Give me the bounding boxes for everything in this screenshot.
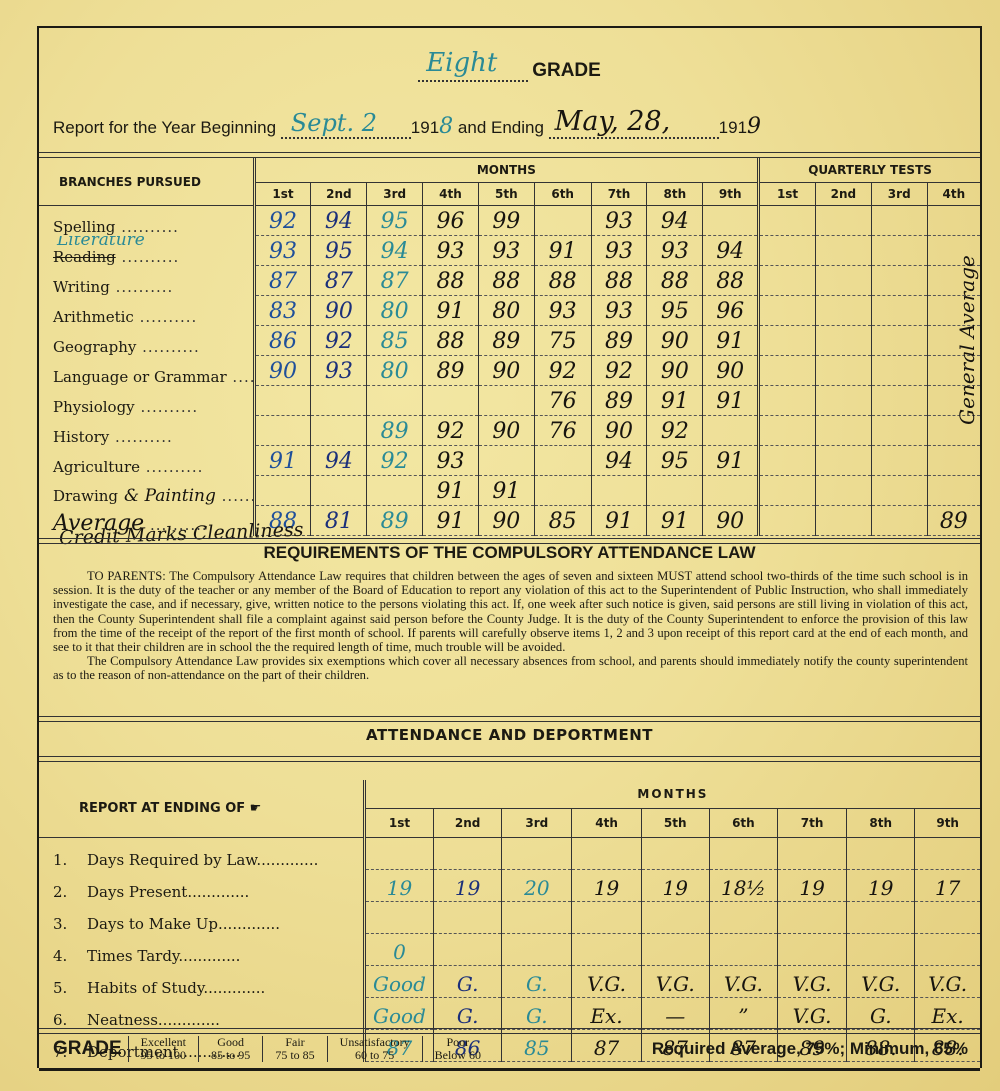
divider <box>39 756 980 762</box>
subject-label: Reading <box>53 248 116 266</box>
grade-cell: 92 <box>423 416 479 446</box>
attendance-label-cell: 6.Neatness............. <box>39 998 364 1030</box>
grade-cell: 96 <box>423 206 479 236</box>
grade-cell: 93 <box>534 296 591 326</box>
subject-label: Drawing <box>53 487 118 505</box>
grade-row: Agriculture ..........91949293949591 <box>39 446 980 476</box>
grade-cell <box>311 386 367 416</box>
attendance-cell: 19 <box>572 870 641 902</box>
leader-dots: .......... <box>134 308 197 326</box>
grade-cell: 76 <box>534 416 591 446</box>
month-column-header: 4th <box>423 183 479 206</box>
grade-scale-range: 75 to 85 <box>275 1049 314 1062</box>
report-card: EightGRADE Report for the Year Beginning… <box>37 26 982 1068</box>
attendance-label-cell: 2.Days Present............. <box>39 870 364 902</box>
month-column-header: 9th <box>915 809 980 838</box>
grade-cell: 93 <box>591 296 647 326</box>
quarter-cell <box>759 446 816 476</box>
quarter-cell <box>759 326 816 356</box>
quarter-cell <box>759 386 816 416</box>
attendance-cell <box>915 902 980 934</box>
subject-cell: Language or Grammar .......... <box>39 356 254 386</box>
grade-cell: 90 <box>647 356 703 386</box>
quarter-cell <box>871 356 927 386</box>
grade-cell <box>478 386 534 416</box>
attendance-cell <box>915 838 980 870</box>
grade-cell: 93 <box>311 356 367 386</box>
attendance-cell <box>502 934 572 966</box>
attendance-label: Habits of Study <box>87 979 203 997</box>
quarter-cell <box>815 296 871 326</box>
quarter-cell <box>815 326 871 356</box>
month-column-header: 3rd <box>502 809 572 838</box>
attendance-table: REPORT AT ENDING OF ☛ MONTHS 1st2nd3rd4t… <box>39 780 980 1062</box>
grade-cell: 90 <box>591 416 647 446</box>
quarter-cell <box>759 236 816 266</box>
subject-label: Language or Grammar <box>53 368 227 386</box>
quarter-cell <box>927 446 980 476</box>
subject-cell: Agriculture .......... <box>39 446 254 476</box>
quarter-cell <box>871 266 927 296</box>
attendance-label: Days Present <box>87 883 187 901</box>
grade-cell: 86 <box>254 326 311 356</box>
leader-dots: .......... <box>216 487 254 505</box>
grade-cell: 93 <box>647 236 703 266</box>
attendance-cell: — <box>641 998 709 1030</box>
attendance-cell <box>641 838 709 870</box>
quarter-cell: 89 <box>927 506 980 536</box>
attendance-label: Neatness <box>87 1011 158 1029</box>
grade-field: Eight <box>418 58 528 82</box>
grade-cell <box>311 416 367 446</box>
grade-scale-range: 95 to 100 <box>141 1049 186 1062</box>
month-column-header: 6th <box>709 809 777 838</box>
grade-cell: 93 <box>591 206 647 236</box>
quarter-cell <box>759 506 816 536</box>
quarter-cell <box>815 356 871 386</box>
grade-cell: 91 <box>591 506 647 536</box>
grade-cell: 91 <box>703 446 759 476</box>
grade-scale-item: Fair75 to 85 <box>262 1036 326 1062</box>
grade-cell: 91 <box>478 476 534 506</box>
quarter-column-header: 3rd <box>871 183 927 206</box>
grade-row: Geography ..........869285888975899091 <box>39 326 980 356</box>
grade-cell: 92 <box>647 416 703 446</box>
law-paragraph-2: The Compulsory Attendance Law provides s… <box>53 654 968 682</box>
grades-table: BRANCHES PURSUED MONTHS QUARTERLY TESTS … <box>39 158 980 536</box>
leader-dots: .......... <box>135 398 198 416</box>
grade-cell: 91 <box>647 506 703 536</box>
attendance-cell: 19 <box>847 870 915 902</box>
month-column-header: 1st <box>364 809 433 838</box>
grade-cell: 80 <box>367 296 423 326</box>
row-number: 5. <box>53 979 87 997</box>
grade-cell: 88 <box>478 266 534 296</box>
law-paragraph-1: TO PARENTS: The Compulsory Attendance La… <box>53 569 968 654</box>
row-number: 1. <box>53 851 87 869</box>
attendance-cell: 19 <box>777 870 846 902</box>
subject-label: Spelling <box>53 218 115 236</box>
grade-cell: 76 <box>534 386 591 416</box>
attendance-cell: V.G. <box>709 966 777 998</box>
grade-cell: 88 <box>703 266 759 296</box>
grade-cell <box>423 386 479 416</box>
grade-cell: 88 <box>534 266 591 296</box>
quarter-cell <box>815 236 871 266</box>
grade-row: Spelling ..........92949596999394 <box>39 206 980 236</box>
month-column-header: 9th <box>703 183 759 206</box>
grade-cell <box>591 476 647 506</box>
quarter-cell <box>815 386 871 416</box>
subject-annotation: & Painting <box>124 486 216 506</box>
year-prefix: Report for the Year Beginning <box>53 118 276 137</box>
grade-cell: 95 <box>647 296 703 326</box>
grade-cell: 89 <box>478 326 534 356</box>
grade-cell: 85 <box>534 506 591 536</box>
grade-cell: 94 <box>311 446 367 476</box>
attendance-row: 2.Days Present.............191920191918½… <box>39 870 980 902</box>
grade-row: Language or Grammar ..........9093808990… <box>39 356 980 386</box>
quarter-cell <box>759 476 816 506</box>
grade-cell: 93 <box>591 236 647 266</box>
attendance-label: Days Required by Law <box>87 851 256 869</box>
grade-cell: 91 <box>423 476 479 506</box>
grade-cell: 90 <box>703 506 759 536</box>
attendance-cell <box>709 934 777 966</box>
attendance-cell: Ex. <box>572 998 641 1030</box>
grade-cell: 90 <box>647 326 703 356</box>
quarter-cell <box>815 266 871 296</box>
grade-cell: 99 <box>478 206 534 236</box>
end-date: May, 28, <box>555 106 671 137</box>
attendance-row: 1.Days Required by Law............. <box>39 838 980 870</box>
subject-cell: Spelling .......... <box>39 206 254 236</box>
grade-cell <box>478 446 534 476</box>
attendance-label-cell: 4.Times Tardy............. <box>39 934 364 966</box>
month-column-header: 6th <box>534 183 591 206</box>
quarter-cell <box>759 206 816 236</box>
grade-legend: GRADE Excellent95 to 100Good85 to 95Fair… <box>53 1032 968 1066</box>
quarter-cell <box>871 416 927 446</box>
subject-label: Agriculture <box>53 458 140 476</box>
grade-cell <box>367 386 423 416</box>
month-column-header: 5th <box>478 183 534 206</box>
month-column-header: 1st <box>254 183 311 206</box>
grade-cell <box>647 476 703 506</box>
grade-cell: 92 <box>367 446 423 476</box>
quarter-cell <box>927 476 980 506</box>
attendance-row: 3.Days to Make Up............. <box>39 902 980 934</box>
grade-cell: 94 <box>647 206 703 236</box>
quarter-cell <box>815 476 871 506</box>
grade-scale-item: Unsatisfactory60 to 75 <box>327 1036 422 1062</box>
attendance-cell <box>847 934 915 966</box>
attendance-cell <box>364 902 433 934</box>
grade-cell: 95 <box>367 206 423 236</box>
quarter-cell <box>871 296 927 326</box>
grade-cell: 91 <box>254 446 311 476</box>
attendance-cell <box>847 902 915 934</box>
month-column-header: 8th <box>647 183 703 206</box>
attendance-label-cell: 5.Habits of Study............. <box>39 966 364 998</box>
grade-cell: 93 <box>423 236 479 266</box>
month-column-header: 2nd <box>434 809 502 838</box>
grade-row: Physiology ..........76899191 <box>39 386 980 416</box>
attendance-cell: 18½ <box>709 870 777 902</box>
and-ending: and Ending <box>458 118 544 137</box>
leader-dots: .......... <box>110 278 173 296</box>
grade-cell: 91 <box>703 386 759 416</box>
law-text: TO PARENTS: The Compulsory Attendance La… <box>53 569 968 683</box>
attendance-row: 4.Times Tardy.............0 <box>39 934 980 966</box>
subject-label: History <box>53 428 109 446</box>
grade-cell: 90 <box>311 296 367 326</box>
grade-scale-range: Below 60 <box>435 1049 481 1062</box>
month-column-header: 4th <box>572 809 641 838</box>
grade-cell: 92 <box>534 356 591 386</box>
attendance-cell: 19 <box>641 870 709 902</box>
grade-cell: 87 <box>254 266 311 296</box>
grade-cell: 88 <box>423 266 479 296</box>
grade-scale-range: 85 to 95 <box>211 1049 250 1062</box>
attendance-cell: ” <box>709 998 777 1030</box>
month-column-header: 5th <box>641 809 709 838</box>
attendance-cell: 19 <box>364 870 433 902</box>
grade-cell <box>703 476 759 506</box>
attendance-cell <box>777 934 846 966</box>
grade-cell: 92 <box>254 206 311 236</box>
attendance-label: Times Tardy <box>87 947 178 965</box>
quarter-cell <box>815 206 871 236</box>
attendance-cell: Good <box>364 966 433 998</box>
leader-dots: .......... <box>140 458 203 476</box>
grade-row: Writing ..........878787888888888888 <box>39 266 980 296</box>
grade-cell: 91 <box>534 236 591 266</box>
subject-label: Arithmetic <box>53 308 134 326</box>
attendance-cell <box>434 902 502 934</box>
quarter-column-header: 1st <box>759 183 816 206</box>
attendance-cell: Ex. <box>915 998 980 1030</box>
grade-cell <box>534 206 591 236</box>
subject-cell: Geography .......... <box>39 326 254 356</box>
grade-row: Drawing& Painting ..........9191 <box>39 476 980 506</box>
attendance-cell: V.G. <box>915 966 980 998</box>
attendance-cell: 19 <box>434 870 502 902</box>
divider <box>39 716 980 722</box>
begin-year-printed: 191 <box>411 118 439 137</box>
attendance-cell <box>641 902 709 934</box>
quarter-cell <box>759 416 816 446</box>
grade-cell <box>703 416 759 446</box>
grade-cell: 96 <box>703 296 759 326</box>
report-ending-header: REPORT AT ENDING OF ☛ <box>39 780 364 838</box>
leader-dots: .......... <box>109 428 172 446</box>
attendance-cell: G. <box>502 998 572 1030</box>
quarter-cell <box>815 506 871 536</box>
quarter-cell <box>815 446 871 476</box>
leader-dots: ............. <box>158 1011 220 1029</box>
attendance-row: 6.Neatness.............GoodG.G.Ex.—”V.G.… <box>39 998 980 1030</box>
attendance-cell: G. <box>434 966 502 998</box>
leader-dots: .......... <box>136 338 199 356</box>
grade-cell: 94 <box>367 236 423 266</box>
grade-cell: 91 <box>423 506 479 536</box>
grade-legend-label: GRADE <box>53 1038 122 1060</box>
attendance-label-cell: 1.Days Required by Law............. <box>39 838 364 870</box>
general-average-note: General Average <box>955 230 979 450</box>
grade-scale-range: 60 to 75 <box>340 1049 410 1062</box>
grade-row: ReadingLiterature ..........939594939391… <box>39 236 980 266</box>
grade-cell: 94 <box>591 446 647 476</box>
month-column-header: 8th <box>847 809 915 838</box>
attendance-cell: V.G. <box>847 966 915 998</box>
grade-cell: 91 <box>423 296 479 326</box>
subject-cell: History .......... <box>39 416 254 446</box>
attendance-cell: 20 <box>502 870 572 902</box>
grade-cell: 94 <box>311 206 367 236</box>
leader-dots: ............. <box>256 851 318 869</box>
grade-cell: 93 <box>423 446 479 476</box>
grade-cell: 89 <box>591 326 647 356</box>
grade-cell: 91 <box>703 326 759 356</box>
leader-dots: .......... <box>227 368 254 386</box>
attendance-cell: G. <box>502 966 572 998</box>
required-average: Required Average, 75%; Minimum, 65% <box>652 1039 968 1059</box>
grade-cell: 95 <box>647 446 703 476</box>
grade-cell: 95 <box>311 236 367 266</box>
attendance-cell: V.G. <box>777 966 846 998</box>
grade-cell: 88 <box>647 266 703 296</box>
attendance-label: Days to Make Up <box>87 915 218 933</box>
attendance-label-cell: 3.Days to Make Up............. <box>39 902 364 934</box>
month-column-header: 7th <box>777 809 846 838</box>
end-year-digit: 9 <box>747 114 761 139</box>
pointing-hand-icon: ☛ <box>250 801 262 816</box>
quarter-cell <box>871 446 927 476</box>
attendance-cell <box>502 902 572 934</box>
attendance-cell: 0 <box>364 934 433 966</box>
grade-cell: 89 <box>591 386 647 416</box>
grade-scale-item: Good85 to 95 <box>198 1036 262 1062</box>
grade-cell: 92 <box>311 326 367 356</box>
attendance-cell <box>434 838 502 870</box>
begin-year-digit: 8 <box>439 114 453 139</box>
leader-dots: ............. <box>187 883 249 901</box>
quarter-cell <box>871 476 927 506</box>
month-column-header: 3rd <box>367 183 423 206</box>
grade-cell: 87 <box>367 266 423 296</box>
attendance-cell <box>777 902 846 934</box>
attendance-cell <box>364 838 433 870</box>
quarter-cell <box>871 236 927 266</box>
leader-dots: ............. <box>178 947 240 965</box>
subject-cell: Drawing& Painting .......... <box>39 476 254 506</box>
quarterly-header: QUARTERLY TESTS <box>759 158 980 183</box>
subject-cell: ReadingLiterature .......... <box>39 236 254 266</box>
quarter-cell <box>759 356 816 386</box>
grade-cell: 93 <box>254 236 311 266</box>
leader-dots: .......... <box>116 248 179 266</box>
quarter-cell <box>871 326 927 356</box>
grade-row: History ..........899290769092 <box>39 416 980 446</box>
grade-scale-item: PoorBelow 60 <box>422 1036 493 1062</box>
quarter-cell <box>759 296 816 326</box>
quarter-column-header: 2nd <box>815 183 871 206</box>
month-column-header: 2nd <box>311 183 367 206</box>
quarter-cell <box>815 416 871 446</box>
attendance-cell <box>572 934 641 966</box>
attendance-cell: G. <box>847 998 915 1030</box>
end-year-printed: 191 <box>719 118 747 137</box>
row-number: 3. <box>53 915 87 933</box>
attendance-cell <box>709 838 777 870</box>
attendance-cell <box>434 934 502 966</box>
grade-cell: 87 <box>311 266 367 296</box>
leader-dots: ............. <box>203 979 265 997</box>
grade-cell: 80 <box>478 296 534 326</box>
grade-cell: 92 <box>591 356 647 386</box>
end-date-field: May, 28, <box>549 117 719 139</box>
row-number: 6. <box>53 1011 87 1029</box>
grade-value: Eight <box>426 48 497 78</box>
grade-cell: 85 <box>367 326 423 356</box>
grade-cell <box>534 446 591 476</box>
row-number: 2. <box>53 883 87 901</box>
subject-label: Physiology <box>53 398 135 416</box>
attendance-cell <box>572 838 641 870</box>
grade-cell: 88 <box>423 326 479 356</box>
grade-cell <box>254 476 311 506</box>
grade-cell: 90 <box>703 356 759 386</box>
quarter-cell <box>871 506 927 536</box>
subject-cell: Physiology .......... <box>39 386 254 416</box>
leader-dots: ............. <box>218 915 280 933</box>
subject-label: Geography <box>53 338 136 356</box>
grade-cell: 81 <box>311 506 367 536</box>
grade-cell <box>367 476 423 506</box>
attendance-cell <box>641 934 709 966</box>
grade-row: Arithmetic ..........839080918093939596 <box>39 296 980 326</box>
grade-label: GRADE <box>532 60 601 81</box>
attendance-cell: Good <box>364 998 433 1030</box>
grade-scale-item: Excellent95 to 100 <box>128 1036 198 1062</box>
quarter-cell <box>871 386 927 416</box>
months-header: MONTHS <box>254 158 759 183</box>
grade-cell: 93 <box>478 236 534 266</box>
attendance-cell <box>777 838 846 870</box>
quarter-cell <box>759 266 816 296</box>
attendance-cell <box>915 934 980 966</box>
attendance-cell <box>572 902 641 934</box>
grade-cell <box>311 476 367 506</box>
month-column-header: 7th <box>591 183 647 206</box>
year-line: Report for the Year Beginning Sept. 2191… <box>53 114 761 139</box>
grade-cell <box>254 386 311 416</box>
grade-cell: 90 <box>478 356 534 386</box>
subject-label: Writing <box>53 278 110 296</box>
grade-cell: 89 <box>367 506 423 536</box>
attendance-row: 5.Habits of Study.............GoodG.G.V.… <box>39 966 980 998</box>
attendance-title: ATTENDANCE AND DEPORTMENT <box>39 726 980 744</box>
row-number: 4. <box>53 947 87 965</box>
attendance-cell: V.G. <box>641 966 709 998</box>
grade-cell <box>254 416 311 446</box>
attendance-cell <box>502 838 572 870</box>
grade-cell <box>534 476 591 506</box>
subject-annotation: Literature <box>57 236 145 250</box>
quarter-column-header: 4th <box>927 183 980 206</box>
grade-cell <box>703 206 759 236</box>
